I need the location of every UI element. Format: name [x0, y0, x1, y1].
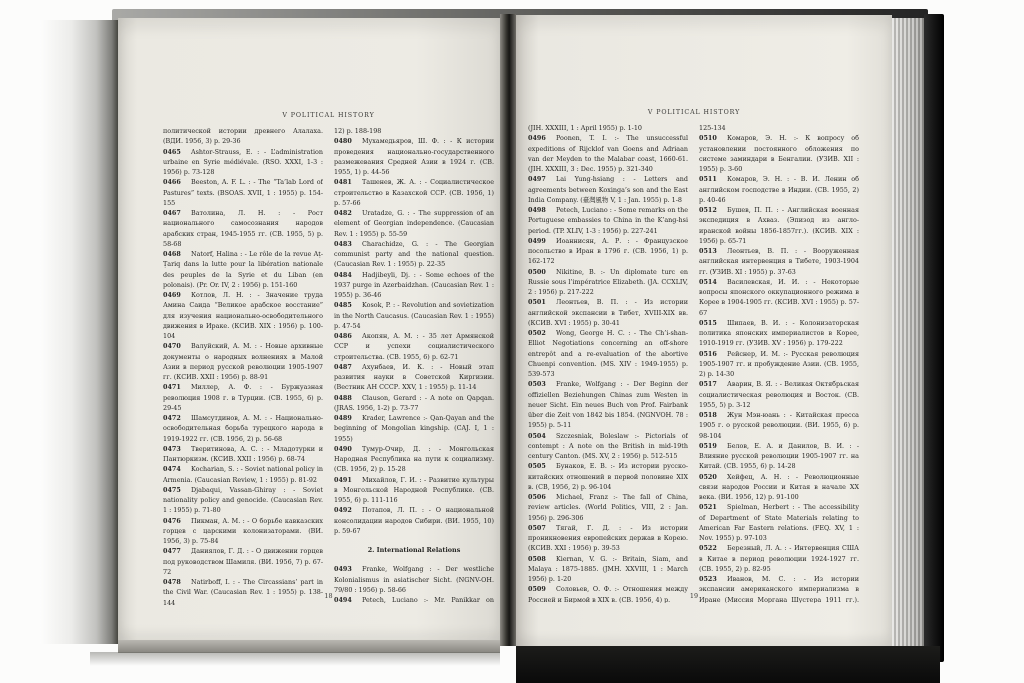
- entry-continuation: (JIH. XXXIII, 1 : April 1955) p. 1-10: [528, 123, 688, 133]
- entry-text: 12) p. 188-198: [334, 127, 381, 135]
- left-page: V POLITICAL HISTORY политической истории…: [118, 18, 500, 640]
- entry-number: 0466: [163, 177, 191, 187]
- entry-number: 0483: [334, 239, 362, 249]
- entry-number: 0515: [699, 318, 727, 328]
- entry-number: 0510: [699, 133, 727, 143]
- bibliography-entry: 0506Michael, Franz :- The fall of China,…: [528, 492, 688, 523]
- bibliography-entry: 0473Тверитинова, А. С. : - Младотурки и …: [163, 444, 323, 465]
- bibliography-entry: 0497Lai Yung-hsiang : - Letters and agre…: [528, 174, 688, 205]
- left-page-edges: [40, 20, 118, 644]
- section-heading: 2. International Relations: [334, 545, 494, 555]
- bibliography-entry: 0505Бунаков, Е. В. :- Из истории русско-…: [528, 461, 688, 492]
- bibliography-entry: 0480Мухамедьяров, Ш. Ф. : - К истории пр…: [334, 136, 494, 177]
- bibliography-entry: 0517Аварин, В. Я. : - Великая Октябрьска…: [699, 379, 859, 410]
- bibliography-entry: 0499Иоаннисян, А. Р. : - Французское пос…: [528, 236, 688, 267]
- bibliography-entry: 0469Котлов, Л. Н. : - Значение труда Ами…: [163, 290, 323, 341]
- left-page-columns: политической истории древнего Алалаха. (…: [163, 126, 494, 606]
- right-page: V POLITICAL HISTORY (JIH. XXXIII, 1 : Ap…: [516, 15, 892, 646]
- bibliography-entry: 0504Szczesniak, Boleslaw :- Pictorials o…: [528, 431, 688, 462]
- bibliography-entry: 0467Ватолина, Л. Н. : - Рост национально…: [163, 208, 323, 249]
- entry-number: 0502: [528, 328, 556, 338]
- bibliography-entry: 0520Хейфец, А. Н. : - Революционные связ…: [699, 472, 859, 503]
- bibliography-entry: 0476Пикман, А. М. : - О борьбе кавказски…: [163, 516, 323, 547]
- entry-number: 0488: [334, 393, 362, 403]
- right-page-edges: [892, 18, 924, 652]
- entry-number: 0477: [163, 546, 191, 556]
- entry-number: 0503: [528, 379, 556, 389]
- entry-number: 0487: [334, 362, 362, 372]
- bibliography-entry: 0510Комаров, Э. Н. :- К вопросу об устан…: [699, 133, 859, 174]
- page-number: 19: [528, 592, 860, 600]
- entry-text: 125-134: [699, 124, 726, 132]
- entry-number: 0497: [528, 174, 556, 184]
- entry-number: 0496: [528, 133, 556, 143]
- entry-number: 0476: [163, 516, 191, 526]
- bibliography-entry: 0470Валуйский, А. М. : - Новые архивные …: [163, 341, 323, 382]
- running-head: V POLITICAL HISTORY: [528, 109, 860, 116]
- bibliography-entry: 0475Djabaqui, Vassan-Ghiray : - Soviet n…: [163, 485, 323, 516]
- entry-text: политической истории древнего Алалаха. (…: [163, 127, 323, 145]
- entry-number: 0513: [699, 246, 727, 256]
- entry-number: 0475: [163, 485, 191, 495]
- bibliography-entry: 0489Krader, Lawrence :- Qan-Qayan and th…: [334, 413, 494, 444]
- entry-number: 0517: [699, 379, 727, 389]
- entry-number: 0478: [163, 577, 191, 587]
- book-cover-right: [924, 14, 944, 662]
- entry-number: 0484: [334, 270, 362, 280]
- entry-number: 0472: [163, 413, 191, 423]
- bibliography-entry: 0501Леонтьев, В. П. : - Из истории англи…: [528, 297, 688, 328]
- entry-number: 0468: [163, 249, 191, 259]
- entry-number: 0506: [528, 492, 556, 502]
- entry-number: 0521: [699, 502, 727, 512]
- entry-number: 0480: [334, 136, 362, 146]
- bibliography-entry: 0514Василевская, И. И. : - Некоторые воп…: [699, 277, 859, 318]
- bibliography-entry: 0515Шипаев, В. И. : - Колонизаторская по…: [699, 318, 859, 349]
- entry-number: 0499: [528, 236, 556, 246]
- bibliography-entry: 0481Ташенев, Ж. А. : - Социалистическое …: [334, 177, 494, 208]
- entry-number: 0474: [163, 464, 191, 474]
- bibliography-entry: 0483Charachidze, G. : - The Georgian com…: [334, 239, 494, 270]
- entry-number: 0481: [334, 177, 362, 187]
- entry-number: 0471: [163, 382, 191, 392]
- entry-number: 0505: [528, 461, 556, 471]
- bibliography-entry: 0487Ахунбаев, И. К. : - Новый этап разви…: [334, 362, 494, 393]
- bibliography-entry: 0518Жун Мэн-юань : - Китайская пресса 19…: [699, 410, 859, 441]
- entry-number: 0465: [163, 147, 191, 157]
- bibliography-entry: 0490Тумур-Очир, Д. : - Монгольская Народ…: [334, 444, 494, 475]
- entry-number: 0512: [699, 205, 727, 215]
- entry-number: 0523: [699, 574, 727, 584]
- bibliography-entry: 0472Шамсутдинов, А. М. : - Национально-о…: [163, 413, 323, 444]
- entry-number: 0500: [528, 267, 556, 277]
- entry-number: 0469: [163, 290, 191, 300]
- bibliography-entry: 0485Kosok, P. : - Revolution and sovieti…: [334, 300, 494, 331]
- entry-number: 0504: [528, 431, 556, 441]
- entry-number: 0493: [334, 564, 362, 574]
- running-head: V POLITICAL HISTORY: [163, 112, 494, 119]
- bibliography-entry: 0484Hadjibeyli, Dj. : - Some echoes of t…: [334, 270, 494, 301]
- entry-number: 0498: [528, 205, 556, 215]
- bibliography-entry: 0521Spielman, Herbert : - The accessibil…: [699, 502, 859, 543]
- bibliography-entry: 0486Акопян, А. М. : - 35 лет Армянской С…: [334, 331, 494, 362]
- text-column: 125-1340510Комаров, Э. Н. :- К вопросу о…: [699, 123, 859, 603]
- entry-number: 0508: [528, 554, 556, 564]
- book-shadow-right: [516, 646, 940, 683]
- bibliography-entry: 0491Михайлов, Г. И. : - Развитие культур…: [334, 475, 494, 506]
- entry-number: 0501: [528, 297, 556, 307]
- bibliography-entry: 0477Даниялов, Г. Д. : - О движении горце…: [163, 546, 323, 577]
- page-number: 18: [163, 592, 494, 600]
- text-column: 12) p. 188-1980480Мухамедьяров, Ш. Ф. : …: [334, 126, 494, 606]
- bibliography-entry: 0507Тягай, Г. Д. : - Из истории проникно…: [528, 523, 688, 554]
- bibliography-entry: 0503Franke, Wolfgang : - Der Beginn der …: [528, 379, 688, 430]
- bibliography-entry: 0500Nikitine, B. :- Un diplomate turc en…: [528, 267, 688, 298]
- bibliography-entry: 0492Потапов, Л. П. : - О национальной ко…: [334, 505, 494, 536]
- bibliography-entry: 0513Леонтьев, В. П. : - Вооруженная англ…: [699, 246, 859, 277]
- bibliography-entry: 0522Березный, Л. А. : - Интервенция США …: [699, 543, 859, 574]
- right-page-columns: (JIH. XXXIII, 1 : April 1955) p. 1-10049…: [528, 123, 859, 603]
- bibliography-entry: 0498Petech, Luciano : - Some remarks on …: [528, 205, 688, 236]
- entry-number: 0507: [528, 523, 556, 533]
- book-scan-photo: V POLITICAL HISTORY политической истории…: [0, 0, 1024, 683]
- bibliography-entry: 0482Uratadze, G. : - The suppression of …: [334, 208, 494, 239]
- entry-number: 0489: [334, 413, 362, 423]
- entry-number: 0467: [163, 208, 191, 218]
- entry-number: 0516: [699, 349, 727, 359]
- entry-number: 0490: [334, 444, 362, 454]
- book-shadow-left: [90, 652, 500, 666]
- entry-number: 0485: [334, 300, 362, 310]
- entry-number: 0520: [699, 472, 727, 482]
- bibliography-entry: 0474Kocharian, S. : - Soviet national po…: [163, 464, 323, 485]
- entry-number: 0470: [163, 341, 191, 351]
- bibliography-entry: 0519Белов, Е. А. и Данилов, В. И. : - Вл…: [699, 441, 859, 472]
- entry-number: 0486: [334, 331, 362, 341]
- text-column: политической истории древнего Алалаха. (…: [163, 126, 323, 606]
- bibliography-entry: 0502Wong, George H. C. : - The Ch’i-shan…: [528, 328, 688, 379]
- bibliography-entry: 0511Комаров, Э. Н. : - В. И. Ленин об ан…: [699, 174, 859, 205]
- bibliography-entry: 0466Beeston, A. F. L. : - The “Ta’lab Lo…: [163, 177, 323, 208]
- text-column: (JIH. XXXIII, 1 : April 1955) p. 1-10049…: [528, 123, 688, 603]
- entry-number: 0511: [699, 174, 727, 184]
- entry-number: 0522: [699, 543, 727, 553]
- entry-continuation: 125-134: [699, 123, 859, 133]
- bibliography-entry: 0465Ashtor-Strauss, E. : - L’administrat…: [163, 147, 323, 178]
- entry-number: 0473: [163, 444, 191, 454]
- entry-number: 0518: [699, 410, 727, 420]
- bibliography-entry: 0516Рейснер, И. М. :- Русская революция …: [699, 349, 859, 380]
- bibliography-entry: 0508Kiernan, V. G. :- Britain, Siam, and…: [528, 554, 688, 585]
- entry-continuation: политической истории древнего Алалаха. (…: [163, 126, 323, 147]
- entry-number: 0514: [699, 277, 727, 287]
- bibliography-entry: 0468Natorf, Halina : - Le rôle de la rev…: [163, 249, 323, 290]
- bibliography-entry: 0496Poonen, T. I. :- The unsuccessful ex…: [528, 133, 688, 174]
- bibliography-entry: 0493Franke, Wolfgang : - Der westliche K…: [334, 564, 494, 595]
- entry-continuation: 12) p. 188-198: [334, 126, 494, 136]
- entry-text: (JIH. XXXIII, 1 : April 1955) p. 1-10: [528, 124, 642, 132]
- bibliography-entry: 0488Clauson, Gerard : - A note on Qapqan…: [334, 393, 494, 414]
- book-gutter: [500, 14, 516, 646]
- bibliography-entry: 0512Бушев, П. П. : - Английская военная …: [699, 205, 859, 246]
- entry-number: 0519: [699, 441, 727, 451]
- bibliography-entry: 0471Миллер, А. Ф. : - Буржуазная революц…: [163, 382, 323, 413]
- entry-number: 0492: [334, 505, 362, 515]
- entry-number: 0482: [334, 208, 362, 218]
- entry-number: 0491: [334, 475, 362, 485]
